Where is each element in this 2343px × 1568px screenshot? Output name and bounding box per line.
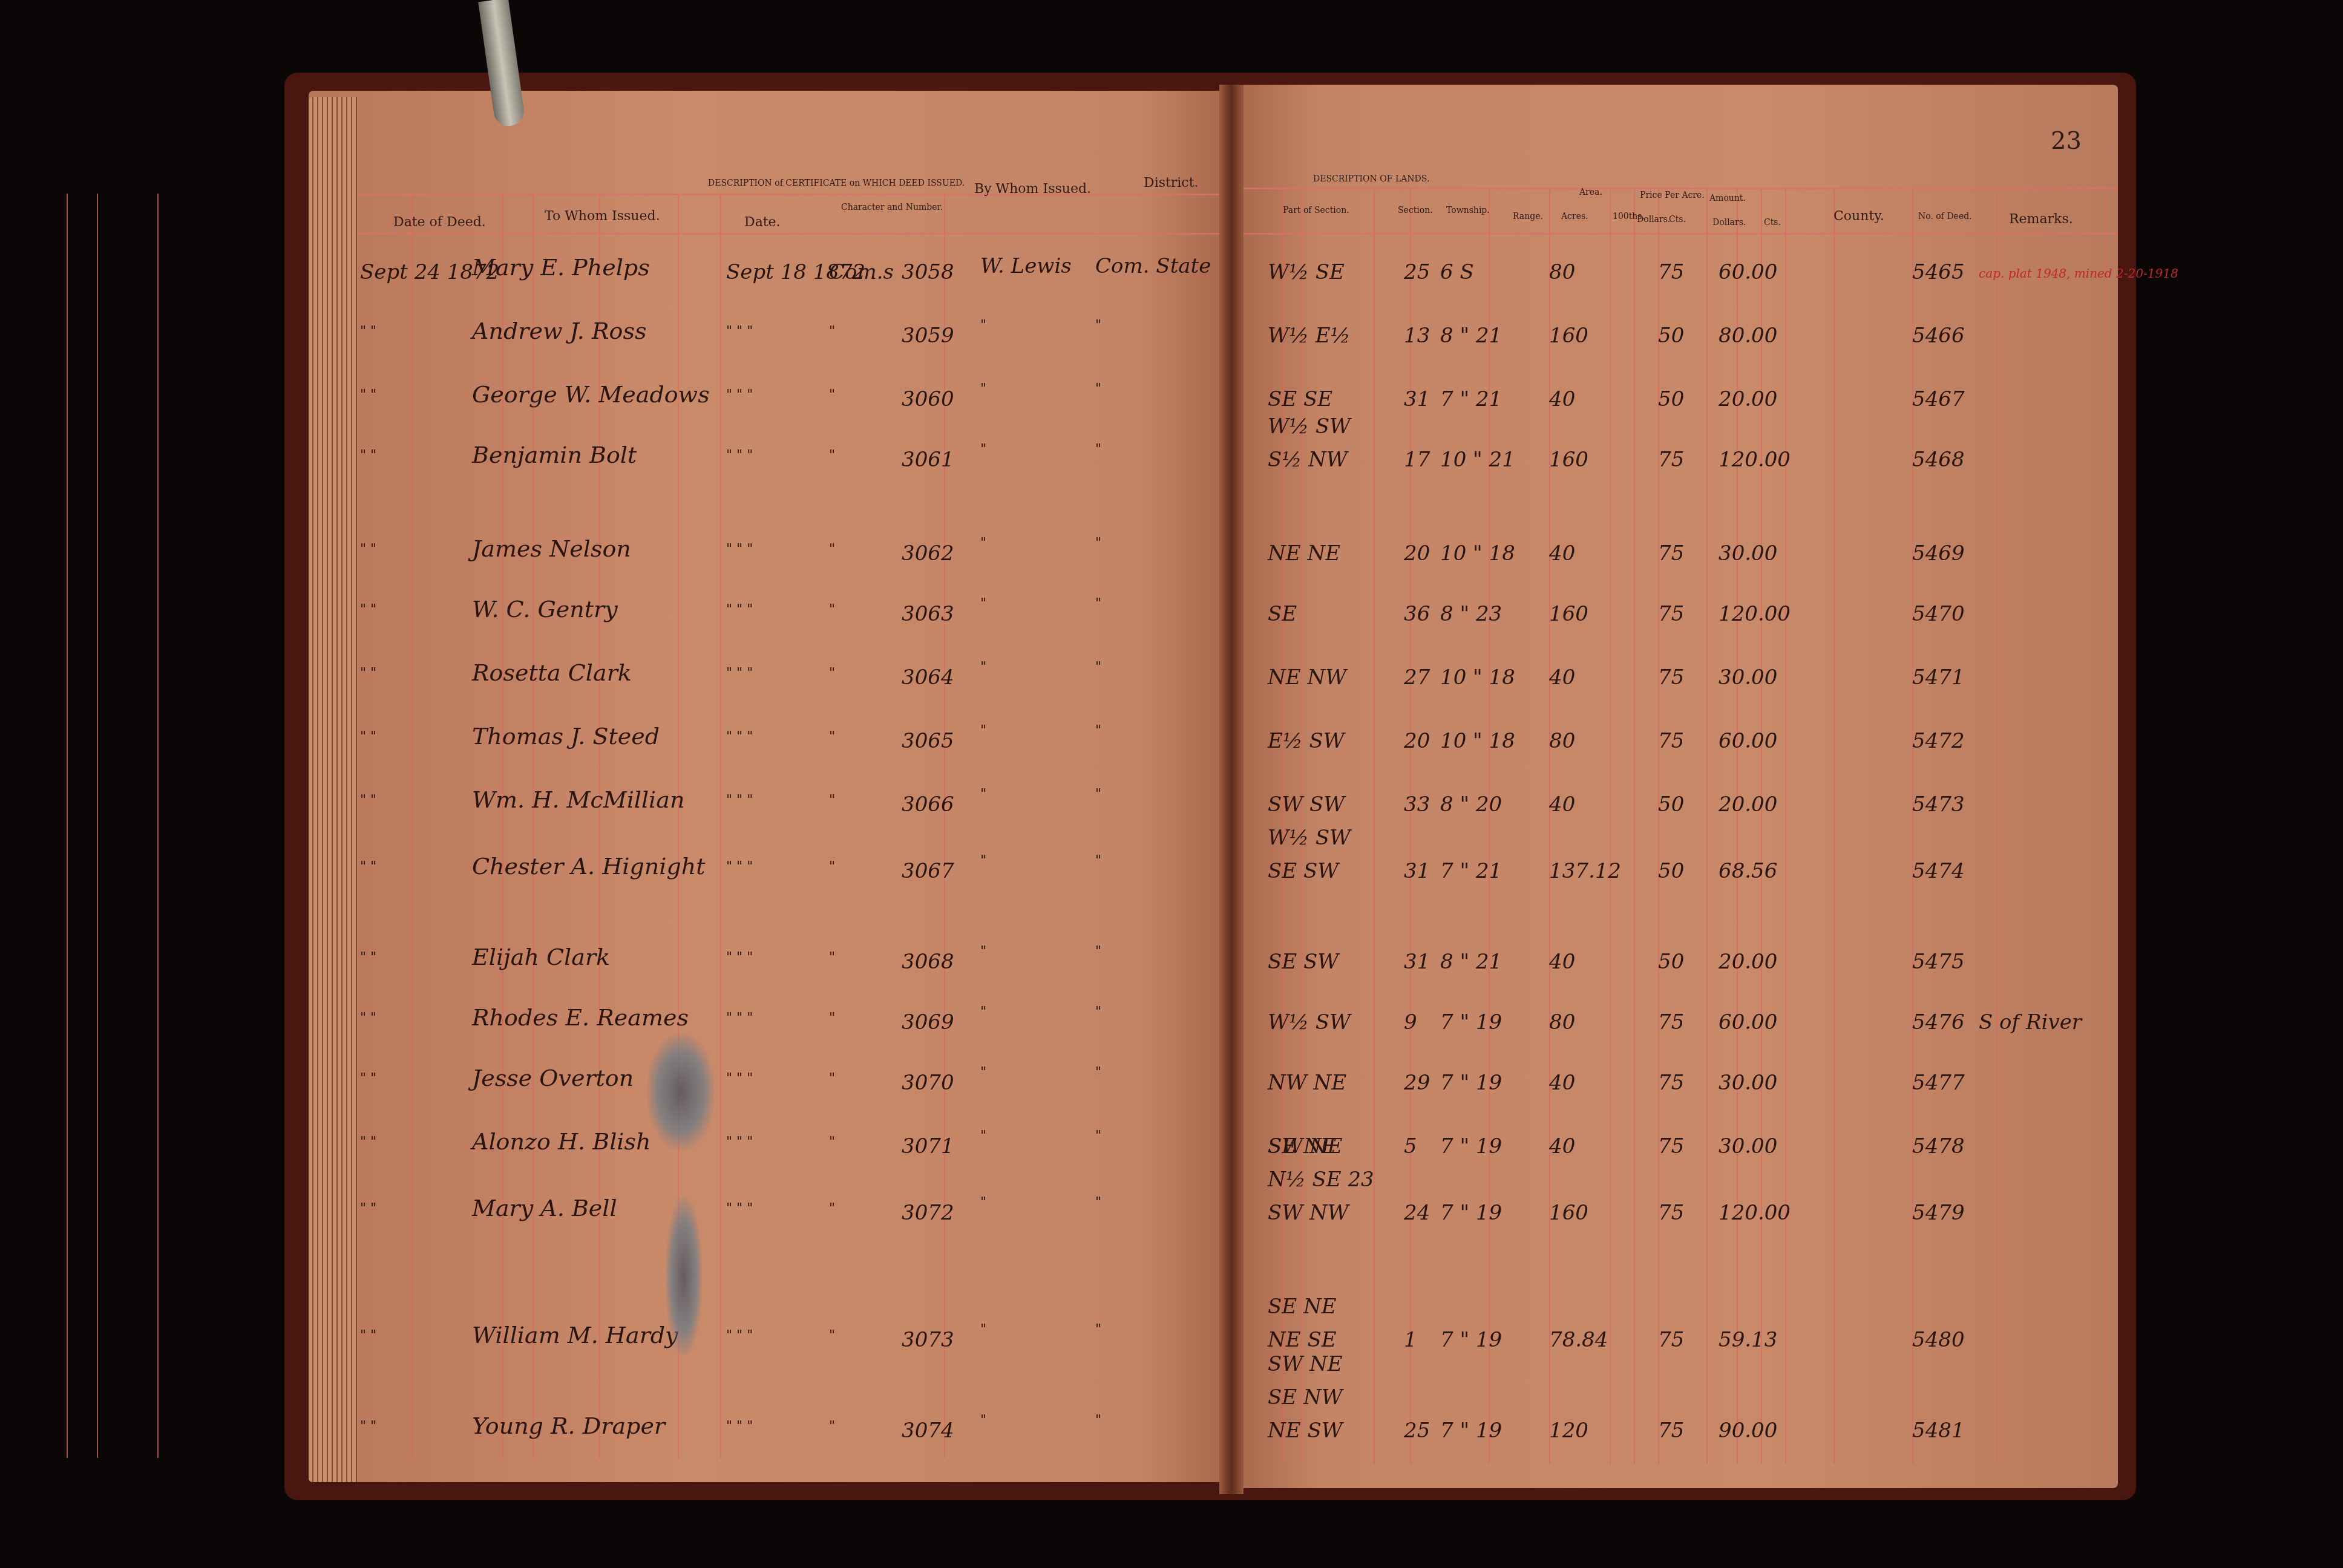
- township: 7 " 19: [1440, 1134, 1502, 1158]
- date-of-deed: " ": [360, 729, 376, 744]
- cert-date: " " ": [726, 448, 753, 463]
- deed-number: 5480: [1912, 1328, 1965, 1352]
- part-of-section: SE NE: [1268, 1134, 1337, 1158]
- to-whom-issued: Mary A. Bell: [472, 1195, 617, 1221]
- amount: 120.00: [1719, 448, 1791, 472]
- township: 7 " 21: [1440, 859, 1502, 883]
- date-of-deed: " ": [360, 602, 376, 617]
- amount: 90.00: [1719, 1419, 1777, 1443]
- cert-character: ": [829, 541, 835, 557]
- township: 7 " 19: [1440, 1328, 1502, 1352]
- cert-number: 3072: [902, 1201, 954, 1225]
- cert-date: " " ": [726, 729, 753, 744]
- cert-date: " " ": [726, 950, 753, 965]
- price-per-acre: 75: [1658, 1201, 1684, 1225]
- cert-number: 3066: [902, 792, 954, 817]
- price-per-acre: 50: [1658, 792, 1684, 817]
- header-range: Range.: [1513, 212, 1543, 221]
- deed-number: 5469: [1912, 541, 1965, 566]
- price-per-acre: 50: [1658, 859, 1684, 883]
- table-row: W½ SWSE SW317 " 21137.125068.565474: [1234, 847, 2118, 938]
- section: 20: [1404, 729, 1430, 753]
- amount: 80.00: [1719, 324, 1777, 348]
- deed-number: 5476: [1912, 1010, 1965, 1034]
- by-whom-issued: ": [980, 723, 986, 738]
- cert-character: ": [829, 448, 835, 463]
- township: 10 " 21: [1440, 448, 1515, 472]
- to-whom-issued: Elijah Clark: [472, 944, 610, 970]
- district: ": [1095, 381, 1101, 396]
- amount: 120.00: [1719, 602, 1791, 626]
- header-rule-bottom: [1234, 233, 2118, 235]
- section: 29: [1404, 1071, 1430, 1095]
- cert-character: ": [829, 950, 835, 965]
- table-row: SW NESE NWNE SW257 " 191207590.005481: [1234, 1406, 2118, 1530]
- district: ": [1095, 318, 1101, 333]
- price-per-acre: 75: [1658, 1134, 1684, 1158]
- acres: 160: [1549, 448, 1588, 472]
- deed-number: 5467: [1912, 387, 1965, 411]
- amount: 60.00: [1719, 729, 1777, 753]
- header-to-whom-issued: To Whom Issued.: [545, 209, 660, 224]
- district: ": [1095, 442, 1101, 457]
- amount: 20.00: [1719, 792, 1777, 817]
- header-no-of-deed: No. of Deed.: [1918, 212, 1972, 221]
- deed-number: 5473: [1912, 792, 1965, 817]
- cert-date: " " ": [726, 1134, 753, 1149]
- price-per-acre: 75: [1658, 665, 1684, 690]
- table-row: NE NW2710 " 18407530.005471: [1234, 653, 2118, 711]
- page-number: 23: [2051, 127, 2082, 155]
- table-row: NW NE297 " 19407530.005477: [1234, 1059, 2118, 1116]
- cert-number: 3058: [902, 260, 954, 284]
- ink-stain: [666, 1198, 702, 1355]
- table-row: " "Rhodes E. Reames" " ""3069"": [309, 998, 1228, 1047]
- cert-date: " " ": [726, 541, 753, 557]
- by-whom-issued: ": [980, 318, 986, 333]
- section: 33: [1404, 792, 1430, 817]
- table-row: NE NE2010 " 18407530.005469: [1234, 529, 2118, 587]
- deed-number: 5474: [1912, 859, 1965, 883]
- table-row: W½ SW97 " 19807560.005476S of River: [1234, 998, 2118, 1056]
- cert-date: " " ": [726, 665, 753, 681]
- to-whom-issued: Jesse Overton: [472, 1065, 634, 1091]
- cert-date: " " ": [726, 1071, 753, 1086]
- cert-date: " " ": [726, 792, 753, 808]
- part-of-section: W½ E½: [1268, 324, 1350, 348]
- township: 7 " 19: [1440, 1419, 1502, 1443]
- deed-number: 5478: [1912, 1134, 1965, 1158]
- date-of-deed: " ": [360, 387, 376, 402]
- cert-number: 3064: [902, 665, 954, 690]
- by-whom-issued: ": [980, 442, 986, 457]
- cert-number: 3071: [902, 1134, 954, 1158]
- date-of-deed: " ": [360, 859, 376, 874]
- by-whom-issued: ": [980, 1413, 986, 1428]
- cert-date: " " ": [726, 1328, 753, 1343]
- left-page: Date of Deed.To Whom Issued.DESCRIPTION …: [309, 91, 1228, 1482]
- cert-character: ": [829, 324, 835, 339]
- township: 10 " 18: [1440, 541, 1515, 566]
- cert-number: 3061: [902, 448, 954, 472]
- district: Com. State: [1095, 254, 1211, 278]
- township: 8 " 20: [1440, 792, 1502, 817]
- part-of-section: W½ SW: [1268, 414, 1351, 439]
- cert-date: " " ": [726, 1010, 753, 1025]
- deed-number: 5466: [1912, 324, 1965, 348]
- cert-character: ": [829, 1071, 835, 1086]
- column-rule: [157, 194, 159, 1458]
- by-whom-issued: ": [980, 1322, 986, 1337]
- book-gutter: [1219, 85, 1244, 1494]
- to-whom-issued: Benjamin Bolt: [472, 442, 637, 468]
- part-of-section: W½ SW: [1268, 1010, 1351, 1034]
- part-of-section: SE NE: [1268, 1295, 1337, 1319]
- ink-stain: [647, 1034, 714, 1149]
- deed-number: 5479: [1912, 1201, 1965, 1225]
- acres: 78.84: [1549, 1328, 1608, 1352]
- header-date-of-deed: Date of Deed.: [393, 215, 486, 230]
- amount: 20.00: [1719, 387, 1777, 411]
- table-row: " "Andrew J. Ross" " ""3059"": [309, 312, 1228, 360]
- table-row: W½ SWS½ NW1710 " 2116075120.005468: [1234, 436, 2118, 526]
- district: ": [1095, 1128, 1101, 1143]
- deed-number: 5468: [1912, 448, 1965, 472]
- price-per-acre: 50: [1658, 950, 1684, 974]
- township: 7 " 19: [1440, 1201, 1502, 1225]
- part-of-section: W½ SW: [1268, 826, 1351, 850]
- section: 25: [1404, 1419, 1430, 1443]
- cert-character: ": [829, 1010, 835, 1025]
- district: ": [1095, 723, 1101, 738]
- table-row: W½ SE256 S807560.005465cap. plat 1948, m…: [1234, 248, 2118, 305]
- cert-number: 3062: [902, 541, 954, 566]
- price-per-acre: 75: [1658, 260, 1684, 284]
- date-of-deed: " ": [360, 1010, 376, 1025]
- header-amount-dollars: Dollars.: [1712, 218, 1746, 227]
- header-price-group: Price Per Acre.: [1640, 191, 1705, 200]
- column-rule: [97, 194, 98, 1458]
- acres: 160: [1549, 602, 1588, 626]
- by-whom-issued: ": [980, 1065, 986, 1080]
- district: ": [1095, 535, 1101, 550]
- date-of-deed: " ": [360, 448, 376, 463]
- to-whom-issued: Rhodes E. Reames: [472, 1004, 689, 1031]
- page-edges: [309, 97, 357, 1482]
- header-area-group: Area.: [1579, 188, 1602, 197]
- by-whom-issued: ": [980, 853, 986, 868]
- to-whom-issued: Rosetta Clark: [472, 659, 632, 686]
- by-whom-issued: ": [980, 535, 986, 550]
- cert-number: 3070: [902, 1071, 954, 1095]
- cert-character: ": [829, 1201, 835, 1216]
- part-of-section: E½ SW: [1268, 729, 1345, 753]
- cert-number: 3069: [902, 1010, 954, 1034]
- section: 24: [1404, 1201, 1430, 1225]
- part-of-section: SE SW: [1268, 859, 1339, 883]
- header-cert-date: Date.: [744, 215, 781, 230]
- acres: 80: [1549, 1010, 1575, 1034]
- cert-date: " " ": [726, 387, 753, 402]
- cert-number: 3063: [902, 602, 954, 626]
- date-of-deed: " ": [360, 324, 376, 339]
- date-of-deed: " ": [360, 1328, 376, 1343]
- price-per-acre: 50: [1658, 324, 1684, 348]
- township: 7 " 19: [1440, 1010, 1502, 1034]
- township: 10 " 18: [1440, 665, 1515, 690]
- table-row: " "Chester A. Hignight" " ""3067"": [309, 847, 1228, 895]
- to-whom-issued: Andrew J. Ross: [472, 318, 646, 344]
- cert-date: " " ": [726, 602, 753, 617]
- amount: 60.00: [1719, 1010, 1777, 1034]
- part-of-section: NW NE: [1268, 1071, 1346, 1095]
- part-of-section: SE SW: [1268, 950, 1339, 974]
- township: 8 " 23: [1440, 602, 1502, 626]
- table-row: " "Benjamin Bolt" " ""3061"": [309, 436, 1228, 484]
- table-row: " "Mary A. Bell" " ""3072"": [309, 1189, 1228, 1237]
- deed-number: 5465: [1912, 260, 1965, 284]
- section: 1: [1404, 1328, 1417, 1352]
- header-part-of-section: Part of Section.: [1283, 206, 1349, 215]
- amount: 20.00: [1719, 950, 1777, 974]
- township: 8 " 21: [1440, 324, 1502, 348]
- by-whom-issued: ": [980, 659, 986, 675]
- header-amount-group: Amount.: [1709, 194, 1746, 203]
- by-whom-issued: ": [980, 1004, 986, 1019]
- deed-number: 5471: [1912, 665, 1965, 690]
- township: 6 S: [1440, 260, 1474, 284]
- cert-date: " " ": [726, 859, 753, 874]
- district: ": [1095, 853, 1101, 868]
- header-by-whom-issued: By Whom Issued.: [974, 181, 1091, 197]
- deed-number: 5475: [1912, 950, 1965, 974]
- cert-date: " " ": [726, 324, 753, 339]
- amount: 60.00: [1719, 260, 1777, 284]
- acres: 40: [1549, 1134, 1575, 1158]
- district: ": [1095, 659, 1101, 675]
- deed-number: 5477: [1912, 1071, 1965, 1095]
- part-of-section: NE NE: [1268, 541, 1340, 566]
- table-row: SE SE317 " 21405020.005467: [1234, 375, 2118, 433]
- price-per-acre: 75: [1658, 1328, 1684, 1352]
- header-lands-group: DESCRIPTION OF LANDS.: [1313, 174, 1429, 184]
- district: ": [1095, 944, 1101, 959]
- acres: 40: [1549, 950, 1575, 974]
- table-row: " "Elijah Clark" " ""3068"": [309, 938, 1228, 986]
- column-rule: [67, 194, 68, 1458]
- table-row: SE SW318 " 21405020.005475: [1234, 938, 2118, 995]
- section: 36: [1404, 602, 1430, 626]
- section: 31: [1404, 859, 1430, 883]
- section: 13: [1404, 324, 1430, 348]
- price-per-acre: 75: [1658, 602, 1684, 626]
- acres: 160: [1549, 1201, 1588, 1225]
- cert-character: ": [829, 859, 835, 874]
- section: 20: [1404, 541, 1430, 566]
- date-of-deed: " ": [360, 1071, 376, 1086]
- township: 8 " 21: [1440, 950, 1502, 974]
- header-section: Section.: [1398, 206, 1433, 215]
- date-of-deed: " ": [360, 1419, 376, 1434]
- price-per-acre: 75: [1658, 1010, 1684, 1034]
- header-price-dollars: Dollars.: [1637, 215, 1670, 224]
- acres: 160: [1549, 324, 1588, 348]
- table-row: " "James Nelson" " ""3062"": [309, 529, 1228, 578]
- cert-number: 3073: [902, 1328, 954, 1352]
- section: 5: [1404, 1134, 1417, 1158]
- part-of-section: SW SW: [1268, 792, 1345, 817]
- price-per-acre: 75: [1658, 541, 1684, 566]
- table-row: " "George W. Meadows" " ""3060"": [309, 375, 1228, 423]
- acres: 137.12: [1549, 859, 1621, 883]
- by-whom-issued: ": [980, 1128, 986, 1143]
- to-whom-issued: Thomas J. Steed: [472, 723, 660, 750]
- table-row: " "Rosetta Clark" " ""3064"": [309, 653, 1228, 702]
- to-whom-issued: Young R. Draper: [472, 1413, 665, 1439]
- by-whom-issued: ": [980, 381, 986, 396]
- header-township: Township.: [1446, 206, 1490, 215]
- by-whom-issued: ": [980, 1195, 986, 1210]
- to-whom-issued: George W. Meadows: [472, 381, 710, 408]
- remarks: S of River: [1979, 1010, 2082, 1034]
- table-row: " "Wm. H. McMillian" " ""3066"": [309, 780, 1228, 829]
- header-price-cents: Cts.: [1669, 215, 1686, 224]
- right-page: DESCRIPTION OF LANDS.Part of Section.Sec…: [1234, 85, 2118, 1488]
- deed-number: 5481: [1912, 1419, 1965, 1443]
- part-of-section: SW NE: [1268, 1352, 1343, 1376]
- cert-date: " " ": [726, 1419, 753, 1434]
- cert-number: 3065: [902, 729, 954, 753]
- amount: 30.00: [1719, 541, 1777, 566]
- by-whom-issued: ": [980, 786, 986, 802]
- to-whom-issued: Wm. H. McMillian: [472, 786, 684, 813]
- district: ": [1095, 1322, 1101, 1337]
- to-whom-issued: W. C. Gentry: [472, 596, 618, 622]
- part-of-section: N½ SE 23: [1268, 1168, 1374, 1192]
- cert-character: ": [829, 1134, 835, 1149]
- date-of-deed: " ": [360, 792, 376, 808]
- cert-character: ": [829, 729, 835, 744]
- section: 17: [1404, 448, 1430, 472]
- header-character-number: Character and Number.: [841, 203, 943, 212]
- amount: 120.00: [1719, 1201, 1791, 1225]
- part-of-section: NE SW: [1268, 1419, 1343, 1443]
- acres: 40: [1549, 541, 1575, 566]
- district: ": [1095, 1413, 1101, 1428]
- table-row: " "Alonzo H. Blish" " ""3071"": [309, 1122, 1228, 1171]
- section: 9: [1404, 1010, 1417, 1034]
- cert-date: " " ": [726, 1201, 753, 1216]
- cert-character: ": [829, 1328, 835, 1343]
- header-acres: Acres.: [1561, 212, 1588, 221]
- price-per-acre: 75: [1658, 448, 1684, 472]
- table-row: W½ E½138 " 211605080.005466: [1234, 312, 2118, 369]
- amount: 30.00: [1719, 1071, 1777, 1095]
- district: ": [1095, 1004, 1101, 1019]
- table-row: SE NEN½ SE 23SW NW247 " 1916075120.00547…: [1234, 1189, 2118, 1313]
- table-row: " "Young R. Draper" " ""3074"": [309, 1406, 1228, 1455]
- amount: 30.00: [1719, 1134, 1777, 1158]
- header-rule-bottom: [309, 233, 1228, 235]
- acres: 40: [1549, 1071, 1575, 1095]
- part-of-section: SE: [1268, 602, 1297, 626]
- table-row: " "William M. Hardy" " ""3073"": [309, 1316, 1228, 1364]
- table-row: E½ SW2010 " 18807560.005472: [1234, 717, 2118, 774]
- section: 27: [1404, 665, 1430, 690]
- header-amount-cents: Cts.: [1764, 218, 1781, 227]
- price-per-acre: 50: [1658, 387, 1684, 411]
- by-whom-issued: ": [980, 596, 986, 611]
- township: 7 " 21: [1440, 387, 1502, 411]
- part-of-section: NE SE: [1268, 1328, 1337, 1352]
- part-of-section: S½ NW: [1268, 448, 1348, 472]
- table-row: " "Jesse Overton" " ""3070"": [309, 1059, 1228, 1107]
- section: 25: [1404, 260, 1430, 284]
- date-of-deed: " ": [360, 1201, 376, 1216]
- section: 31: [1404, 387, 1430, 411]
- cert-number: 3059: [902, 324, 954, 348]
- acres: 120: [1549, 1419, 1588, 1443]
- cert-character: ": [829, 602, 835, 617]
- price-per-acre: 75: [1658, 1419, 1684, 1443]
- by-whom-issued: W. Lewis: [980, 254, 1072, 278]
- acres: 80: [1549, 729, 1575, 753]
- to-whom-issued: James Nelson: [472, 535, 631, 562]
- table-row: SE NENE SE17 " 1978.847559.135480: [1234, 1316, 2118, 1406]
- date-of-deed: " ": [360, 950, 376, 965]
- remarks: cap. plat 1948, mined 2-20-1918: [1979, 266, 2178, 281]
- cert-number: 3067: [902, 859, 954, 883]
- district: ": [1095, 596, 1101, 611]
- part-of-section: SE SE: [1268, 387, 1332, 411]
- date-of-deed: " ": [360, 1134, 376, 1149]
- to-whom-issued: Alonzo H. Blish: [472, 1128, 650, 1155]
- cert-character: Com.s: [829, 260, 894, 284]
- district: ": [1095, 1195, 1101, 1210]
- cert-character: ": [829, 665, 835, 681]
- part-of-section: NE NW: [1268, 665, 1346, 690]
- price-per-acre: 75: [1658, 729, 1684, 753]
- by-whom-issued: ": [980, 944, 986, 959]
- township: 7 " 19: [1440, 1071, 1502, 1095]
- amount: 30.00: [1719, 665, 1777, 690]
- to-whom-issued: Chester A. Hignight: [472, 853, 705, 880]
- acres: 80: [1549, 260, 1575, 284]
- table-row: Sept 24 1872Mary E. PhelpsSept 18 1872Co…: [309, 248, 1228, 296]
- amount: 68.56: [1719, 859, 1777, 883]
- part-of-section: SW NW: [1268, 1201, 1349, 1225]
- township: 10 " 18: [1440, 729, 1515, 753]
- cert-character: ": [829, 1419, 835, 1434]
- cert-number: 3074: [902, 1419, 954, 1443]
- cert-number: 3068: [902, 950, 954, 974]
- price-per-acre: 75: [1658, 1071, 1684, 1095]
- header-district: District.: [1144, 175, 1199, 191]
- to-whom-issued: William M. Hardy: [472, 1322, 678, 1348]
- district: ": [1095, 786, 1101, 802]
- amount: 59.13: [1719, 1328, 1777, 1352]
- header-remarks: Remarks.: [2009, 212, 2073, 227]
- part-of-section: W½ SE: [1268, 260, 1345, 284]
- cert-number: 3060: [902, 387, 954, 411]
- section: 31: [1404, 950, 1430, 974]
- acres: 40: [1549, 387, 1575, 411]
- acres: 40: [1549, 665, 1575, 690]
- table-row: SW SW338 " 20405020.005473: [1234, 780, 2118, 838]
- cert-character: ": [829, 792, 835, 808]
- date-of-deed: " ": [360, 665, 376, 681]
- header-county: County.: [1833, 209, 1884, 224]
